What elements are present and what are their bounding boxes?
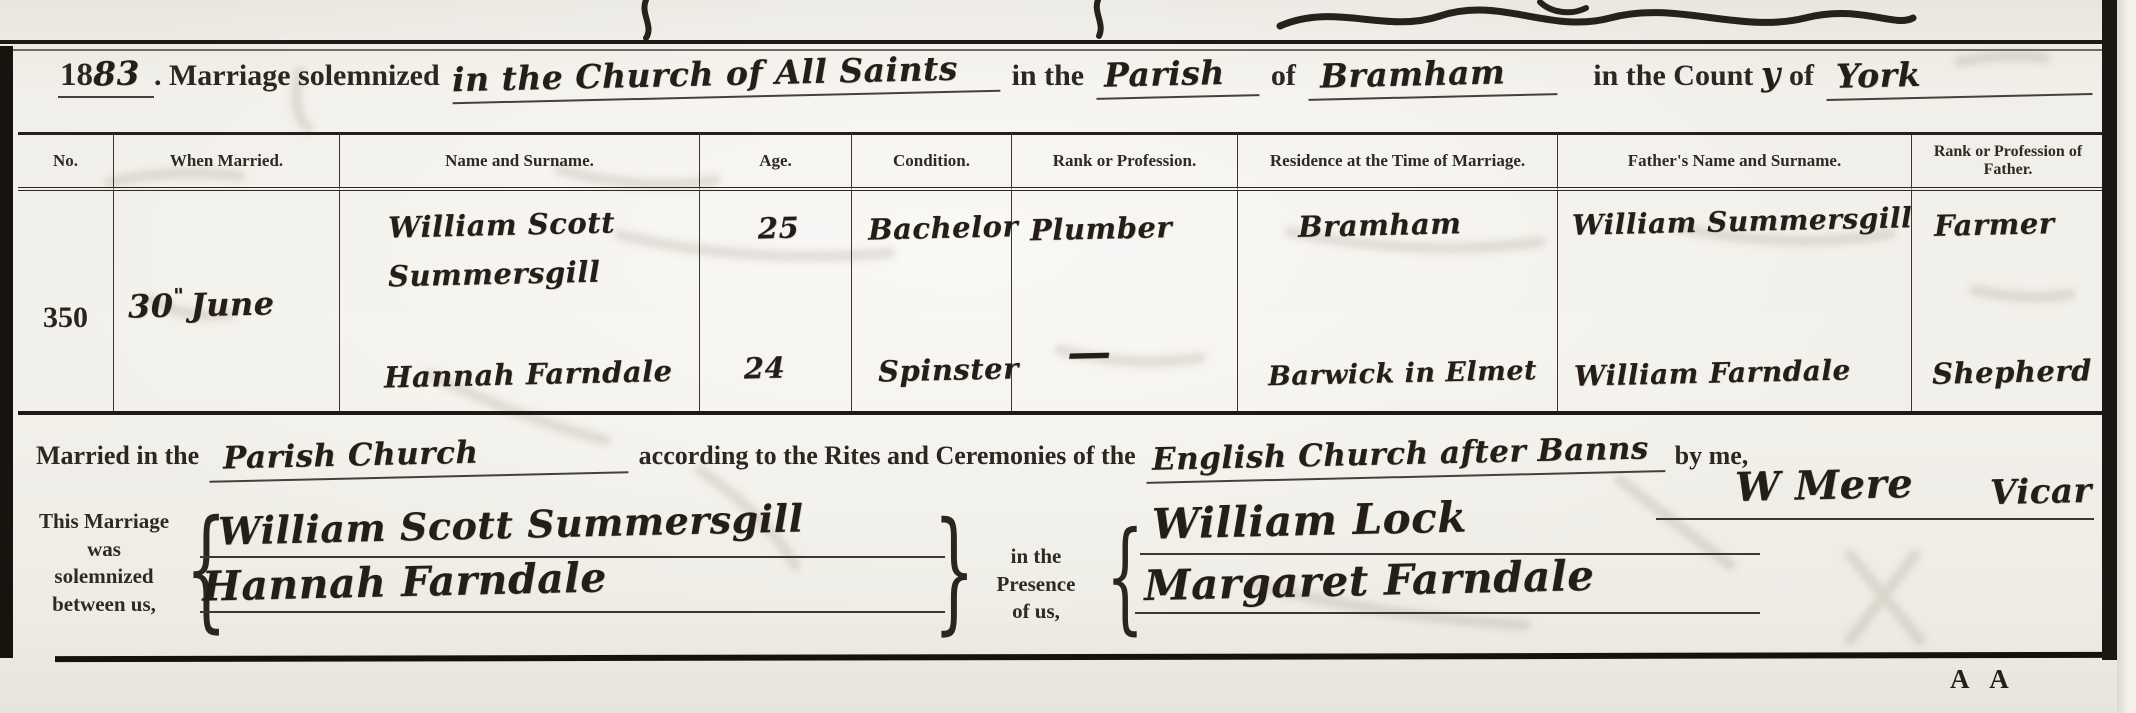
cell-age: 25 24 [700,191,852,411]
caption-in-the-count: in the Count [1593,59,1753,93]
bottom-rule-heavy [55,652,2107,662]
witness2-signature: Margaret Farndale [1144,551,1595,610]
caption-of-1: of [1271,59,1296,93]
marriage-month: June [190,284,275,324]
marriage-date-handwritten: 30"June [128,284,275,325]
marriage-day: 30 [128,287,174,326]
column-header-no: No. [18,135,114,191]
ceremony-place-handwritten: Parish Church [209,431,629,483]
bride-signature-line [200,611,945,613]
cell-condition: Bachelor Spinster [852,191,1012,411]
parish-name-handwritten: Bramham [1307,51,1557,101]
column-header-when-married: When Married. [114,135,340,191]
top-rule-heavy [0,40,2117,44]
witness2-signature-line [1135,612,1760,614]
officiant-signature: W Mere [1734,460,1913,511]
caption-marriage-solemnized: . Marriage solemnized [154,59,440,93]
page-border-right [2102,0,2117,660]
groom-signature: William Scott Summersgill [218,495,804,553]
groom-residence: Bramham [1298,204,1554,244]
column-header-residence: Residence at the Time of Marriage. [1238,135,1558,191]
cell-name-surname: William Scott Summersgill Hannah Farndal… [340,191,700,411]
groom-name-line2: Summersgill [387,248,600,302]
column-header-age: Age. [700,135,852,191]
caption-of-2: of [1789,59,1814,93]
cell-rank-profession: Plumber — [1012,191,1238,411]
groom-father-name: William Summersgill [1572,201,1908,242]
cell-entry-no: 350 [18,191,114,411]
groom-condition: Bachelor [868,209,1008,246]
officiant-signature-line [1656,518,2094,520]
county-y-handwritten: y [1761,54,1782,93]
bride-father-profession: Shepherd [1932,353,2101,391]
rites-handwritten: English Church after Banns [1145,430,1665,484]
year-printed: 18 [60,57,93,93]
married-in-the-label: Married in the [36,441,199,471]
entry-number: 350 [18,301,113,335]
groom-father-profession: Farmer [1934,205,2101,243]
marriage-register-page: 1883 . Marriage solemnized in the Church… [0,0,2136,713]
according-to-rites-label: according to the Rites and Ceremonies of… [639,441,1136,471]
church-name-handwritten: in the Church of All Saints [451,48,1000,104]
bride-residence: Barwick in Elmet [1268,355,1554,392]
page-mark: A A [1950,664,2009,695]
parish-word-handwritten: Parish [1096,52,1260,100]
year-field: 1883 [58,54,154,98]
groom-name-line1: William Scott [387,198,615,252]
solemnized-between-us-label: This Marriage was solemnized between us, [28,508,180,619]
page-border-left [0,46,13,658]
bride-age: 24 [682,349,848,387]
cell-when-married: 30"June [114,191,340,411]
officiant-title: Vicar [1990,471,2093,513]
bride-profession-dash: — [1066,324,1233,379]
brace-open-witnesses: { [1106,506,1145,647]
year-handwritten: 83 [93,53,141,93]
bride-name: Hannah Farndale [384,353,696,394]
top-rule-light [0,49,2117,51]
register-caption: 1883 . Marriage solemnized in the Church… [58,54,2092,106]
groom-name: William Scott Summersgill [388,201,695,300]
column-header-name-surname: Name and Surname. [340,135,700,191]
caption-in-the: in the [1012,59,1085,93]
column-header-rank-profession: Rank or Profession. [1012,135,1238,191]
groom-profession: Plumber [1030,209,1234,248]
bride-condition: Spinster [878,352,1008,389]
adjacent-page-edge [2117,0,2136,713]
cell-father-name: William Summersgill William Farndale [1558,191,1912,411]
cell-father-rank: Farmer Shepherd [1912,191,2104,411]
presence-of-us-label: in the Presence of us, [966,543,1106,626]
county-name-handwritten: York [1826,51,2093,101]
column-header-condition: Condition. [852,135,1012,191]
bride-father-name: William Farndale [1574,352,1908,393]
marriage-day-mark: " [173,283,184,307]
column-header-father-rank: Rank or Profession of Father. [1912,135,2104,191]
column-header-father-name: Father's Name and Surname. [1558,135,1912,191]
groom-age: 25 [710,209,848,246]
bride-signature: Hannah Farndale [202,553,608,610]
cell-residence: Bramham Barwick in Elmet [1238,191,1558,411]
marriage-register-table: No. When Married. Name and Surname. Age.… [18,132,2104,415]
witness1-signature: William Lock [1151,492,1467,548]
ceremony-line: Married in the Parish Church according t… [36,436,1746,478]
